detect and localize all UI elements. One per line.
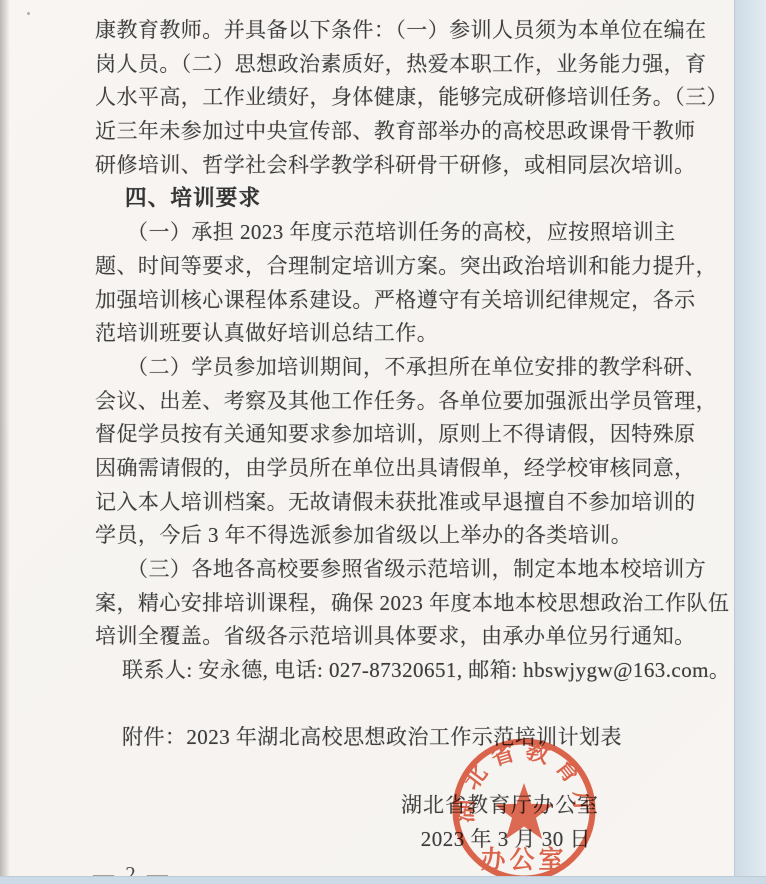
text-line: 加强培训核心课程体系建设。严格遵守有关培训纪律规定，各示 [95, 284, 717, 318]
text-line: 近三年未参加过中央宣传部、教育部举办的高校思政课骨干教师 [95, 115, 717, 149]
section-heading: 四、培训要求 [95, 182, 717, 216]
text-line: 学员，今后 3 年不得选派参加省级以上举办的各类培训。 [95, 519, 717, 553]
scanned-document-page: 康教育教师。并具备以下条件：（一）参训人员须为本单位在编在 岗人员。（二）思想政… [0, 0, 766, 884]
text-line: 因确需请假的，由学员所在单位出具请假单，经学校审核同意， [95, 452, 717, 486]
text-line: 岗人员。（二）思想政治素质好，热爱本职工作，业务能力强，育 [95, 48, 717, 82]
text-line: 督促学员按有关通知要求参加培训，原则上不得请假，因特殊原 [95, 418, 717, 452]
official-seal: 湖北省教育厅 办公室 [450, 736, 598, 884]
text-line: （三）各地各高校要参照省级示范培训，制定本地本校培训方 [95, 553, 717, 587]
text-line: 康教育教师。并具备以下条件：（一）参训人员须为本单位在编在 [95, 14, 717, 48]
attachment-line: 附件：2023 年湖北高校思想政治工作示范培训计划表 [95, 721, 717, 755]
scan-speck [27, 12, 30, 15]
text-line: 会议、出差、考察及其他工作任务。各单位要加强派出学员管理， [95, 385, 717, 419]
contact-line: 联系人: 安永德, 电话: 027-87320651, 邮箱: hbswjygw… [95, 654, 717, 688]
text-line: （二）学员参加培训期间，不承担所在单位安排的教学科研、 [95, 351, 717, 385]
text-line: 范培训班要认真做好培训总结工作。 [95, 317, 717, 351]
signature-org: 湖北省教育厅办公室 [95, 789, 717, 823]
text-line: （一）承担 2023 年度示范培训任务的高校，应按照培训主 [95, 216, 717, 250]
scan-edge-bottom [0, 876, 766, 884]
star-icon [495, 783, 554, 839]
text-line: 案，精心安排培训课程，确保 2023 年度本地本校思想政治工作队伍 [95, 587, 717, 621]
scan-edge-left [0, 0, 10, 884]
text-line: 记入本人培训档案。无故请假未获批准或早退擅自不参加培训的 [95, 486, 717, 520]
text-line: 人水平高，工作业绩好，身体健康，能够完成研修培训任务。（三） [95, 81, 717, 115]
document-body: 康教育教师。并具备以下条件：（一）参训人员须为本单位在编在 岗人员。（二）思想政… [95, 14, 717, 856]
blank-line [95, 688, 717, 722]
text-line: 培训全覆盖。省级各示范培训具体要求，由承办单位另行通知。 [95, 620, 717, 654]
seal-bottom-text: 办公室 [480, 846, 567, 874]
blank-line [95, 755, 717, 789]
signature-date: 2023 年 3 月 30 日 [95, 823, 717, 857]
text-line: 题、时间等要求，合理制定培训方案。突出政治培训和能力提升， [95, 250, 717, 284]
scan-edge-right [734, 0, 766, 884]
text-line: 研修培训、哲学社会科学教学科研骨干研修，或相同层次培训。 [95, 149, 717, 183]
